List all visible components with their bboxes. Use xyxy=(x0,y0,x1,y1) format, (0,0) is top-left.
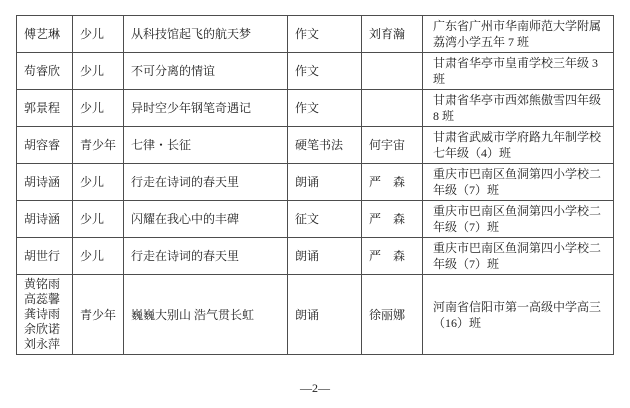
cell-age-group: 青少年 xyxy=(73,127,124,164)
table-row: 胡世行 少儿 行走在诗词的春天里 朗诵 严 森 重庆市巴南区鱼洞第四小学校二年级… xyxy=(17,238,614,275)
cell-name: 胡诗涵 xyxy=(17,201,73,238)
cell-work-title: 七律・长征 xyxy=(124,127,288,164)
cell-category: 作文 xyxy=(288,90,362,127)
table-row: 黄铭雨 高蕊馨 龚诗雨 余欣诺 刘永萍 青少年 巍巍大别山 浩气贯长虹 朗诵 徐… xyxy=(17,275,614,355)
cell-instructor: 刘育瀚 xyxy=(362,16,423,53)
cell-instructor: 严 森 xyxy=(362,238,423,275)
table-row: 胡容睿 青少年 七律・长征 硬笔书法 何宇宙 甘肃省武威市学府路九年制学校七年级… xyxy=(17,127,614,164)
cell-name: 傅艺琳 xyxy=(17,16,73,53)
cell-category: 朗诵 xyxy=(288,164,362,201)
cell-name: 胡世行 xyxy=(17,238,73,275)
cell-school: 甘肃省华亭市西郊熊傲雪四年级 8 班 xyxy=(423,90,614,127)
cell-instructor: 何宇宙 xyxy=(362,127,423,164)
cell-name: 苟睿欣 xyxy=(17,53,73,90)
cell-work-title: 闪耀在我心中的丰碑 xyxy=(124,201,288,238)
cell-work-title: 行走在诗词的春天里 xyxy=(124,164,288,201)
cell-school: 甘肃省华亭市皇甫学校三年级 3 班 xyxy=(423,53,614,90)
cell-name: 黄铭雨 高蕊馨 龚诗雨 余欣诺 刘永萍 xyxy=(17,275,73,355)
cell-instructor xyxy=(362,53,423,90)
cell-category: 作文 xyxy=(288,53,362,90)
cell-category: 作文 xyxy=(288,16,362,53)
cell-age-group: 青少年 xyxy=(73,275,124,355)
table-row: 郭景程 少儿 异时空少年钢笔奇遇记 作文 甘肃省华亭市西郊熊傲雪四年级 8 班 xyxy=(17,90,614,127)
table-row: 苟睿欣 少儿 不可分离的情谊 作文 甘肃省华亭市皇甫学校三年级 3 班 xyxy=(17,53,614,90)
cell-school: 重庆市巴南区鱼洞第四小学校二年级（7）班 xyxy=(423,164,614,201)
cell-category: 朗诵 xyxy=(288,275,362,355)
document-page: 傅艺琳 少儿 从科技馆起飞的航天梦 作文 刘育瀚 广东省广州市华南师范大学附属荔… xyxy=(0,0,630,408)
table-row: 胡诗涵 少儿 行走在诗词的春天里 朗诵 严 森 重庆市巴南区鱼洞第四小学校二年级… xyxy=(17,164,614,201)
cell-instructor xyxy=(362,90,423,127)
cell-school: 河南省信阳市第一高级中学高三（16）班 xyxy=(423,275,614,355)
cell-name: 胡容睿 xyxy=(17,127,73,164)
cell-school: 重庆市巴南区鱼洞第四小学校二年级（7）班 xyxy=(423,201,614,238)
cell-school: 重庆市巴南区鱼洞第四小学校二年级（7）班 xyxy=(423,238,614,275)
cell-category: 硬笔书法 xyxy=(288,127,362,164)
cell-instructor: 严 森 xyxy=(362,164,423,201)
cell-age-group: 少儿 xyxy=(73,238,124,275)
table-row: 傅艺琳 少儿 从科技馆起飞的航天梦 作文 刘育瀚 广东省广州市华南师范大学附属荔… xyxy=(17,16,614,53)
cell-school: 广东省广州市华南师范大学附属荔湾小学五年 7 班 xyxy=(423,16,614,53)
table-row: 胡诗涵 少儿 闪耀在我心中的丰碑 征文 严 森 重庆市巴南区鱼洞第四小学校二年级… xyxy=(17,201,614,238)
cell-category: 朗诵 xyxy=(288,238,362,275)
cell-work-title: 行走在诗词的春天里 xyxy=(124,238,288,275)
cell-work-title: 巍巍大别山 浩气贯长虹 xyxy=(124,275,288,355)
cell-age-group: 少儿 xyxy=(73,53,124,90)
page-number: —2— xyxy=(0,381,630,396)
cell-instructor: 严 森 xyxy=(362,201,423,238)
cell-name: 胡诗涵 xyxy=(17,164,73,201)
cell-category: 征文 xyxy=(288,201,362,238)
cell-school: 甘肃省武威市学府路九年制学校七年级（4）班 xyxy=(423,127,614,164)
cell-age-group: 少儿 xyxy=(73,16,124,53)
cell-work-title: 不可分离的情谊 xyxy=(124,53,288,90)
cell-age-group: 少儿 xyxy=(73,201,124,238)
cell-age-group: 少儿 xyxy=(73,90,124,127)
cell-work-title: 异时空少年钢笔奇遇记 xyxy=(124,90,288,127)
cell-name: 郭景程 xyxy=(17,90,73,127)
cell-work-title: 从科技馆起飞的航天梦 xyxy=(124,16,288,53)
results-table: 傅艺琳 少儿 从科技馆起飞的航天梦 作文 刘育瀚 广东省广州市华南师范大学附属荔… xyxy=(16,15,614,355)
cell-age-group: 少儿 xyxy=(73,164,124,201)
cell-instructor: 徐丽娜 xyxy=(362,275,423,355)
